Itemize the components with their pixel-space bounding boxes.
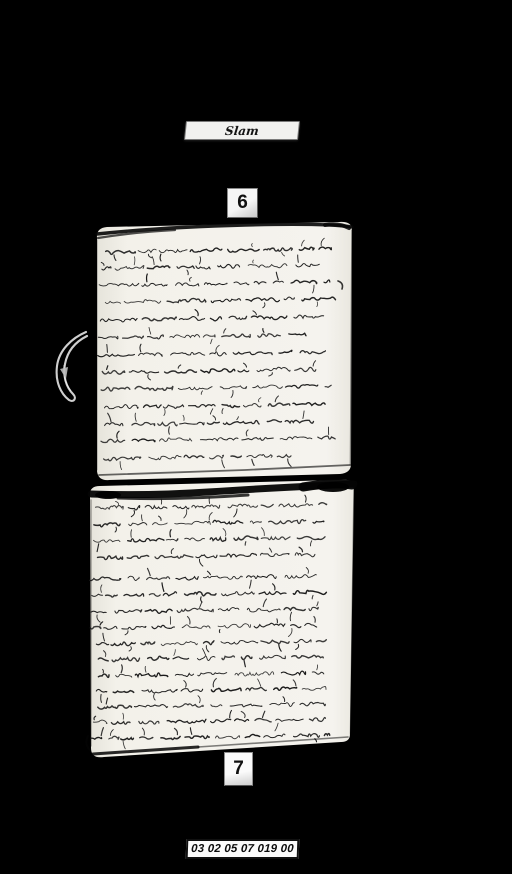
manuscript-page-upper xyxy=(85,218,365,486)
page-marker-6: 6 xyxy=(227,188,258,218)
page-marker-7: 7 xyxy=(224,752,253,786)
manuscript-photograph: Slam 6 xyxy=(0,0,512,874)
binding-thread xyxy=(40,325,100,410)
manuscript-page-lower xyxy=(78,474,370,774)
shelfmark-label: 03 02 05 07 019 00 xyxy=(186,839,300,859)
film-roll-label: Slam xyxy=(184,121,300,140)
